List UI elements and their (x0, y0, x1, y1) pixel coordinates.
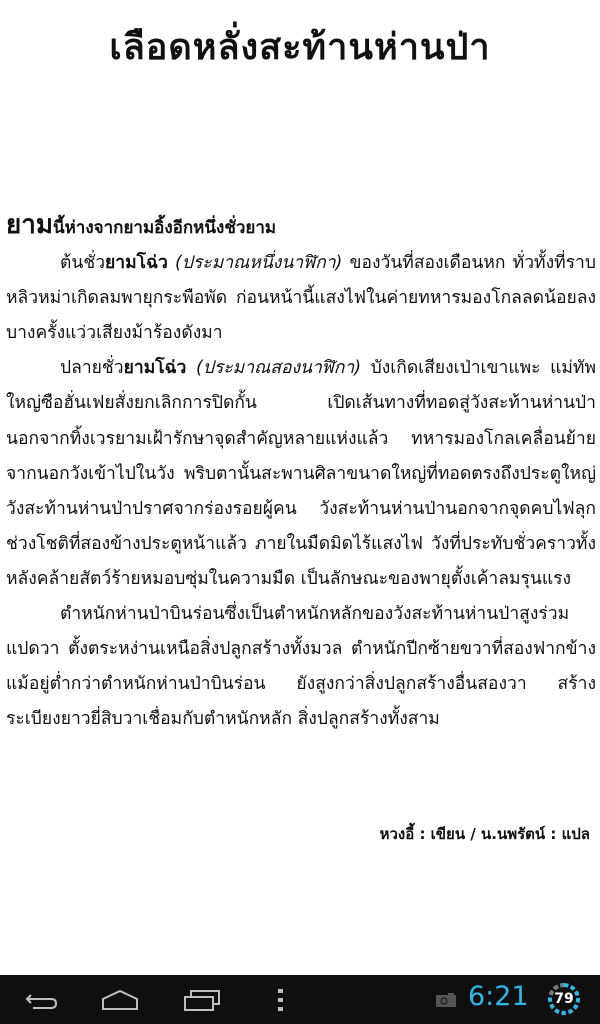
bold-term: ยามโฉ่ว (105, 253, 168, 273)
battery-indicator: 79 (546, 981, 582, 1017)
camera-icon (436, 993, 456, 1007)
system-navigation-bar: 6:21 79 (0, 975, 600, 1024)
author-translator-credit: หวงอี้ : เขียน / น.นพรัตน์ : แปล (380, 822, 590, 846)
overflow-menu-button[interactable] (246, 975, 316, 1024)
status-clock: 6:21 (468, 981, 529, 1012)
home-icon (100, 988, 140, 1012)
text-span: บังเกิดเสียงเป่าเขาแพะ แม่ทัพใหญ่ซือฮั่น… (6, 358, 596, 589)
text-span: ตำหนักห่านป่าบินร่อนซึ่งเป็นตำหนักหลักขอ… (6, 604, 596, 729)
italic-note: (ประมาณหนึ่งนาฬิกา) (168, 253, 343, 273)
battery-level: 79 (546, 981, 582, 1017)
recent-apps-button[interactable] (167, 975, 237, 1024)
paragraph-2: ต้นชั่วยามโฉ่ว (ประมาณหนึ่งนาฬิกา) ของวั… (6, 246, 596, 351)
text-span: ปลายชั่ว (60, 358, 124, 378)
reader-page[interactable]: เลือดหลั่งสะท้านห่านป่า ยามนี้ห่างจากยาม… (0, 0, 600, 975)
back-button[interactable] (6, 975, 76, 1024)
paragraph-3: ปลายชั่วยามโฉ่ว (ประมาณสองนาฬิกา) บังเกิ… (6, 351, 596, 597)
bold-term: ยามโฉ่ว (124, 358, 187, 378)
lead-rest: นี้ห่างจากยามอิ้งอีกหนึ่งชั่วยาม (53, 218, 276, 238)
lead-word: ยาม (6, 210, 53, 240)
recent-apps-icon (183, 987, 221, 1013)
paragraph-4: ตำหนักห่านป่าบินร่อนซึ่งเป็นตำหนักหลักขอ… (6, 597, 596, 737)
back-icon (23, 988, 59, 1012)
overflow-menu-icon (277, 988, 285, 1012)
text-span: ต้นชั่ว (60, 253, 105, 273)
body-text: ยามนี้ห่างจากยามอิ้งอีกหนึ่งชั่วยาม ต้นช… (6, 208, 596, 737)
notification-area[interactable] (436, 992, 456, 1011)
home-button[interactable] (85, 975, 155, 1024)
italic-note: (ประมาณสองนาฬิกา) (186, 358, 361, 378)
chapter-title: เลือดหลั่งสะท้านห่านป่า (0, 18, 600, 75)
paragraph-1: ยามนี้ห่างจากยามอิ้งอีกหนึ่งชั่วยาม (6, 208, 596, 246)
